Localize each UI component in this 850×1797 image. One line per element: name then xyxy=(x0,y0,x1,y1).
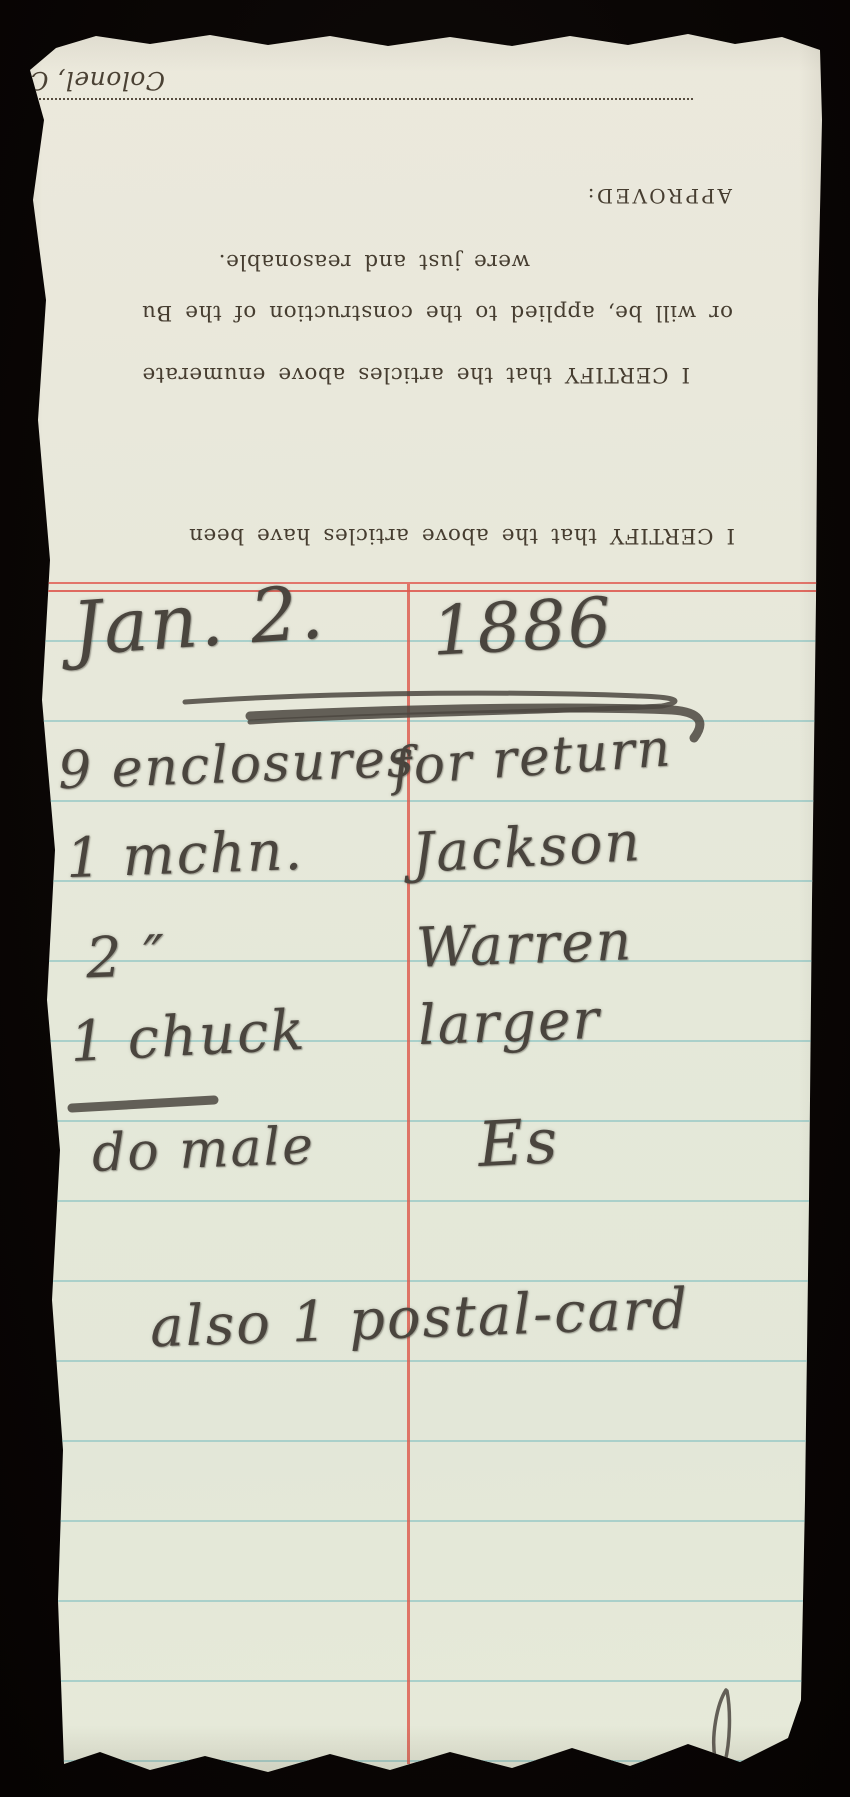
certify-articles-line: I CERTIFY that the above articles have b… xyxy=(189,523,735,548)
printed-certify-line-upside-down: I CERTIFY that the above articles have b… xyxy=(30,500,820,562)
handwritten-row-right: larger xyxy=(417,987,602,1057)
handwritten-row-left: do male xyxy=(91,1116,316,1184)
printed-form-section-upside-down: I CERTIFY that the articles above enumer… xyxy=(30,40,820,480)
handwritten-row-left: 2 ″ xyxy=(85,924,168,992)
torn-paper-sheet: I CERTIFY that the articles above enumer… xyxy=(0,0,850,1797)
handwritten-date-month-day: Jan. 2. xyxy=(69,569,327,672)
handwritten-row-right: Warren xyxy=(415,908,634,980)
certify-enumerated-line: I CERTIFY that the articles above enumer… xyxy=(142,362,690,387)
handwritten-row-right: Es xyxy=(476,1104,561,1181)
just-and-reasonable-line: were just and reasonable. xyxy=(218,249,530,274)
signature-title-colonel: Colonel, C xyxy=(30,66,165,95)
approved-label: APPROVED: xyxy=(585,184,732,208)
handwritten-date-year: 1886 xyxy=(430,583,615,671)
handwritten-row-left: 1 chuck xyxy=(68,998,307,1075)
construction-line: or will be, applied to the construction … xyxy=(141,300,733,325)
signature-dotted-line xyxy=(30,98,693,107)
handwritten-row-right: Jackson xyxy=(410,809,643,885)
handwritten-row-left: 1 mchn. xyxy=(65,818,305,890)
photograph-of-document: I CERTIFY that the articles above enumer… xyxy=(0,0,850,1797)
handwritten-row-left: 9 enclosures xyxy=(57,729,416,801)
